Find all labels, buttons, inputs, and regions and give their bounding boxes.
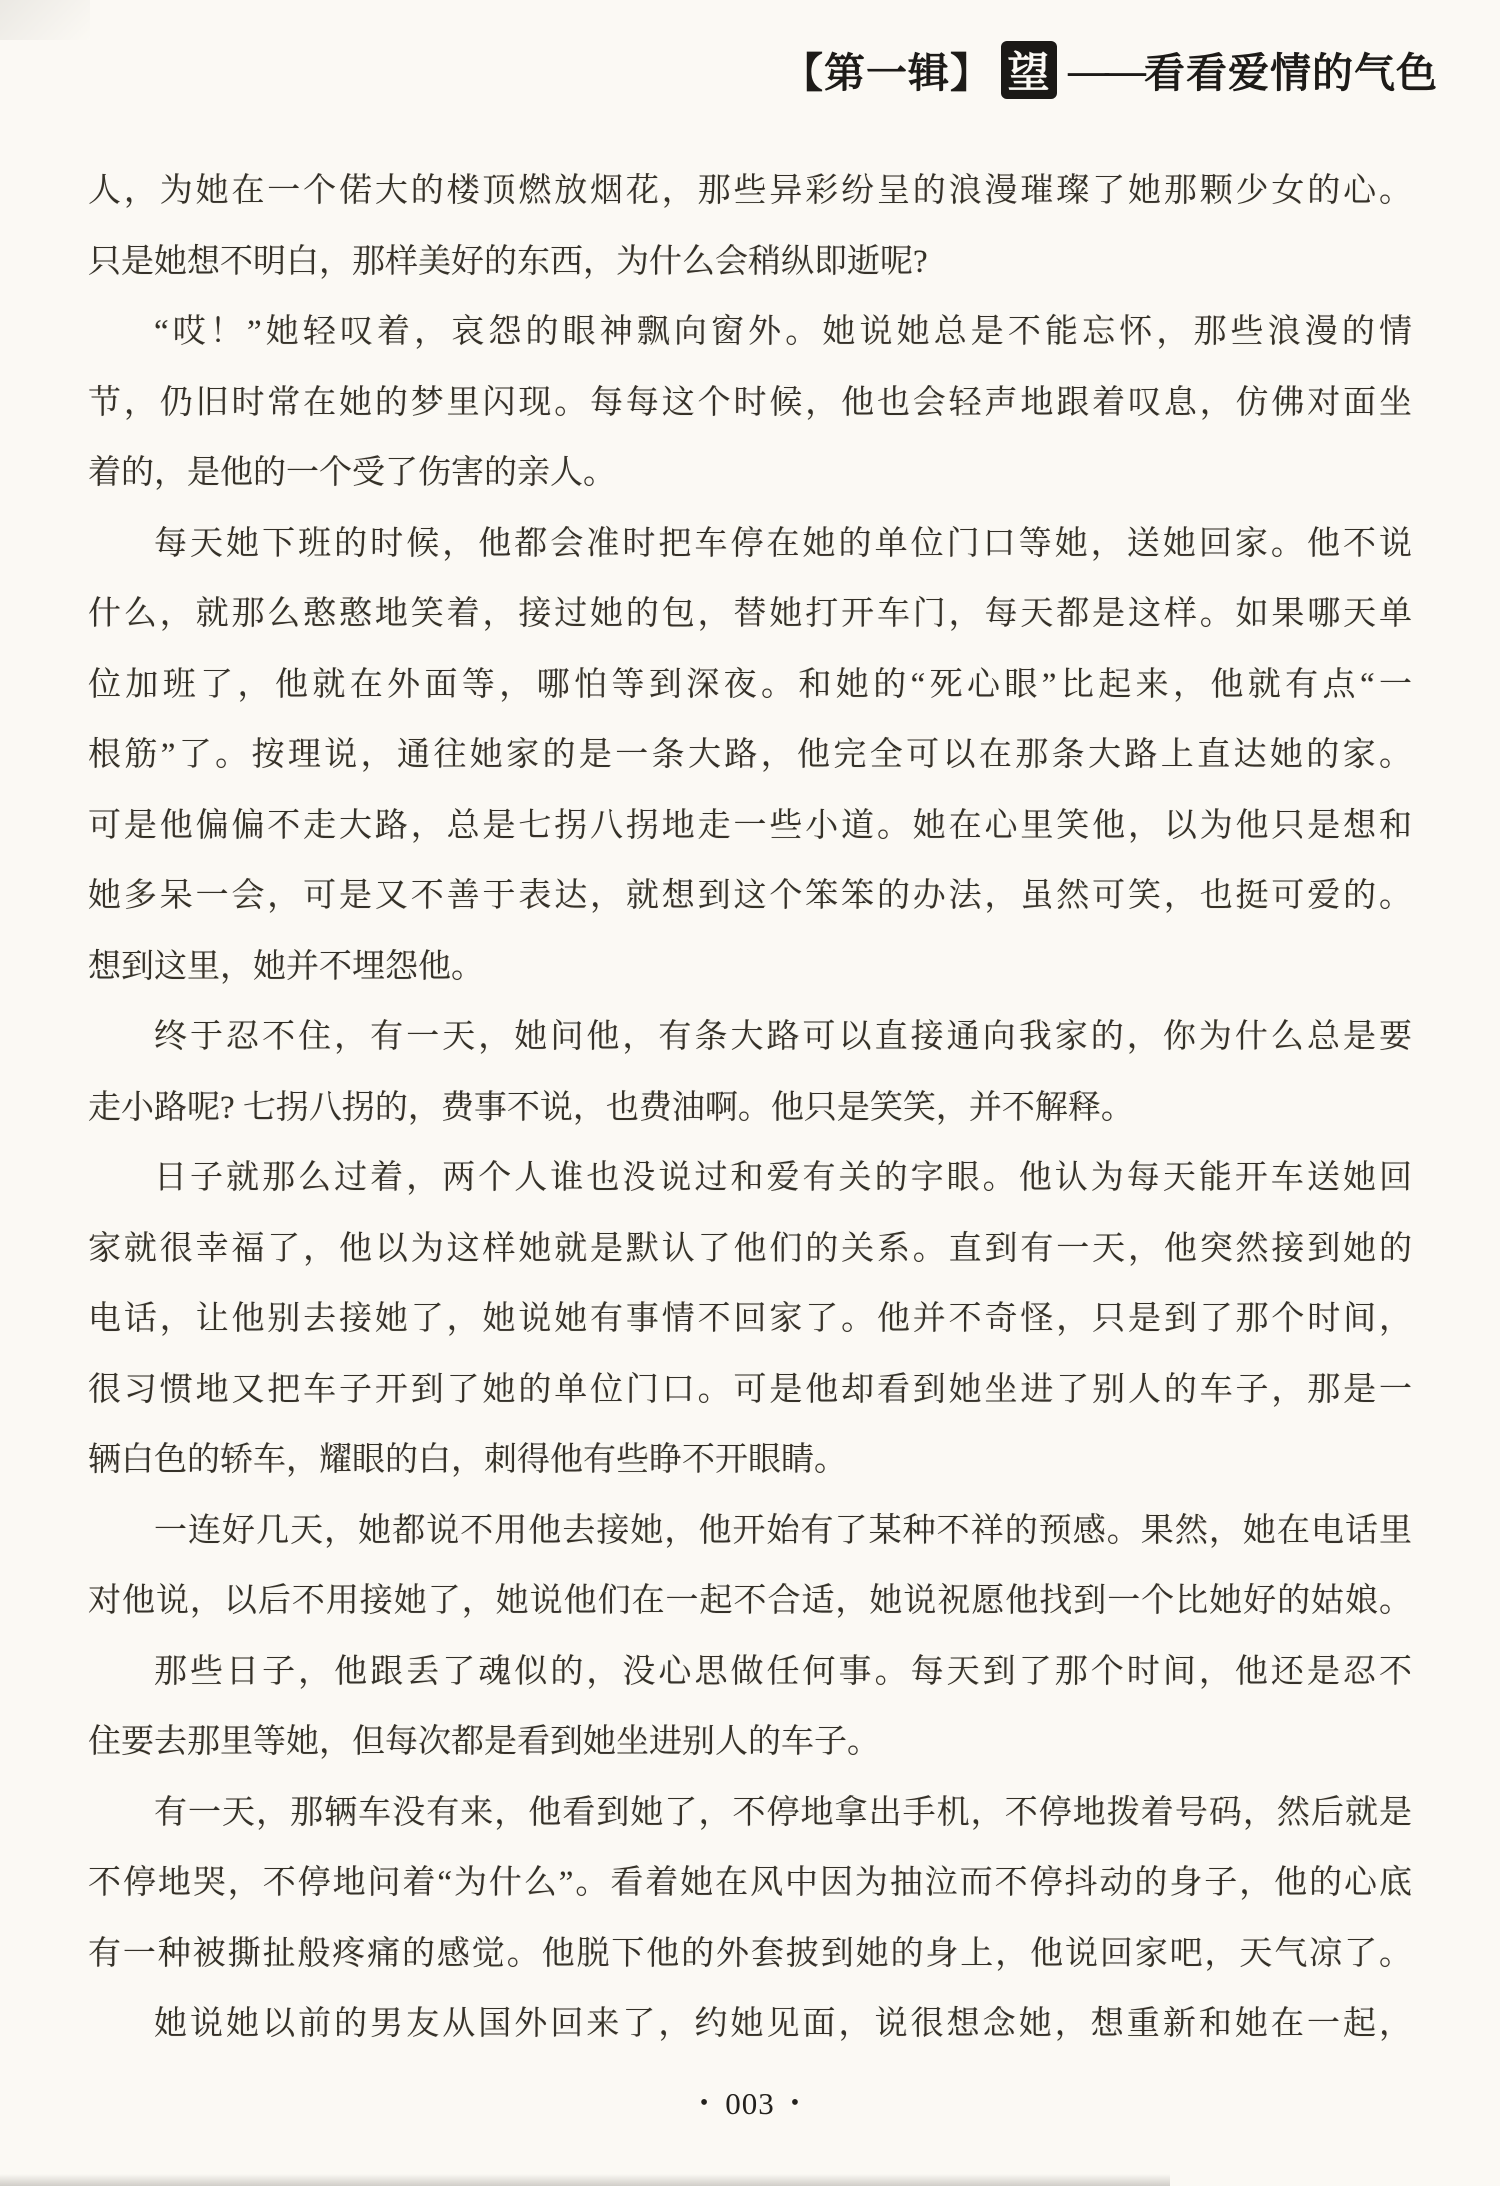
- footer-bullet-right: •: [791, 2090, 800, 2116]
- body-text: 人，为她在一个偌大的楼顶燃放烟花，那些异彩纷呈的浪漫璀璨了她那颗少女的心。只是她…: [88, 156, 1412, 2060]
- text-line: 着的，是他的一个受了伤害的亲人。: [88, 438, 1412, 509]
- text-line: 有一种被撕扯般疼痛的感觉。他脱下他的外套披到她的身上，他说回家吧，天气凉了。: [88, 1919, 1412, 1990]
- text-line: 很习惯地又把车子开到了她的单位门口。可是他却看到她坐进了别人的车子，那是一: [88, 1355, 1412, 1426]
- text-line: 电话，让他别去接她了，她说她有事情不回家了。他并不奇怪，只是到了那个时间，: [88, 1284, 1412, 1355]
- footer-bullet-left: •: [700, 2090, 709, 2116]
- book-page: 【第一辑】 望 —— 看看爱情的气色 人，为她在一个偌大的楼顶燃放烟花，那些异彩…: [0, 0, 1500, 2186]
- text-line: 那些日子，他跟丢了魂似的，没心思做任何事。每天到了那个时间，他还是忍不: [88, 1637, 1412, 1708]
- text-line: 走小路呢? 七拐八拐的，费事不说，也费油啊。他只是笑笑，并不解释。: [88, 1073, 1412, 1144]
- text-line: 节，仍旧时常在她的梦里闪现。每每这个时候，他也会轻声地跟着叹息，仿佛对面坐: [88, 368, 1412, 439]
- page-footer: •003•: [0, 2086, 1500, 2122]
- series-label: 【第一辑】: [782, 40, 992, 99]
- seal-icon: 望: [1002, 42, 1056, 98]
- text-line: 不停地哭，不停地问着“为什么”。看着她在风中因为抽泣而不停抖动的身子，他的心底: [88, 1848, 1412, 1919]
- text-line: 每天她下班的时候，他都会准时把车停在她的单位门口等她，送她回家。他不说: [88, 509, 1412, 580]
- text-line: 想到这里，她并不埋怨他。: [88, 932, 1412, 1003]
- page-number: 003: [725, 2086, 775, 2121]
- chapter-subtitle: 看看爱情的气色: [1144, 40, 1438, 99]
- text-line: 根筋”了。按理说，通往她家的是一条大路，他完全可以在那条大路上直达她的家。: [88, 720, 1412, 791]
- text-line: 有一天，那辆车没有来，他看到她了，不停地拿出手机，不停地拨着号码，然后就是: [88, 1778, 1412, 1849]
- text-line: 日子就那么过着，两个人谁也没说过和爱有关的字眼。他认为每天能开车送她回: [88, 1143, 1412, 1214]
- header-dash: ——: [1068, 46, 1142, 94]
- text-line: 住要去那里等她，但每次都是看到她坐进别人的车子。: [88, 1707, 1412, 1778]
- text-line: 人，为她在一个偌大的楼顶燃放烟花，那些异彩纷呈的浪漫璀璨了她那颗少女的心。: [88, 156, 1412, 227]
- text-line: 什么，就那么憨憨地笑着，接过她的包，替她打开车门，每天都是这样。如果哪天单: [88, 579, 1412, 650]
- text-line: 只是她想不明白，那样美好的东西，为什么会稍纵即逝呢?: [88, 227, 1412, 298]
- text-line: 她多呆一会，可是又不善于表达，就想到这个笨笨的办法，虽然可笑，也挺可爱的。: [88, 861, 1412, 932]
- text-line: 位加班了，他就在外面等，哪怕等到深夜。和她的“死心眼”比起来，他就有点“一: [88, 650, 1412, 721]
- text-line: 她说她以前的男友从国外回来了，约她见面，说很想念她，想重新和她在一起，: [88, 1989, 1412, 2060]
- text-line: 终于忍不住，有一天，她问他，有条大路可以直接通向我家的，你为什么总是要: [88, 1002, 1412, 1073]
- text-line: 辆白色的轿车，耀眼的白，刺得他有些睁不开眼睛。: [88, 1425, 1412, 1496]
- text-line: “哎！”她轻叹着，哀怨的眼神飘向窗外。她说她总是不能忘怀，那些浪漫的情: [88, 297, 1412, 368]
- text-line: 可是他偏偏不走大路，总是七拐八拐地走一些小道。她在心里笑他，以为他只是想和: [88, 791, 1412, 862]
- text-line: 一连好几天，她都说不用他去接她，他开始有了某种不祥的预感。果然，她在电话里: [88, 1496, 1412, 1567]
- text-line: 家就很幸福了，他以为这样她就是默认了他们的关系。直到有一天，他突然接到她的: [88, 1214, 1412, 1285]
- page-header: 【第一辑】 望 —— 看看爱情的气色: [782, 40, 1438, 99]
- text-line: 对他说，以后不用接她了，她说他们在一起不合适，她说祝愿他找到一个比她好的姑娘。: [88, 1566, 1412, 1637]
